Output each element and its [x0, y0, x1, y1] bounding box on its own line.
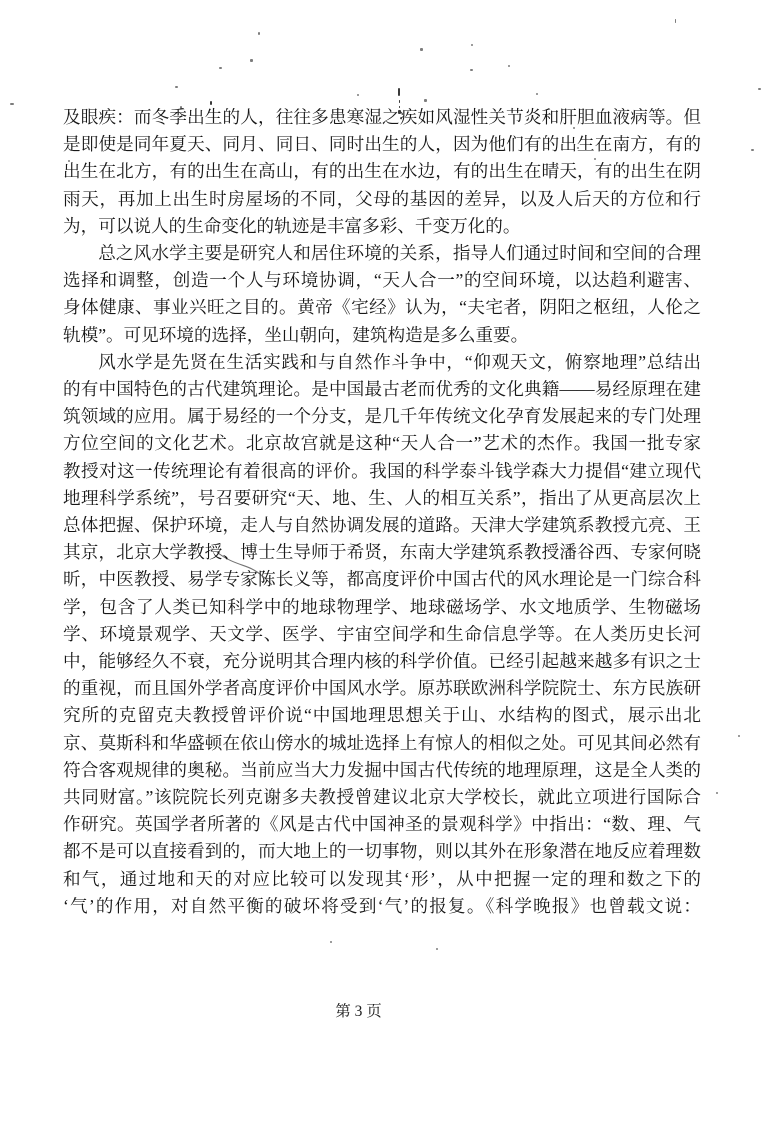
noise-speck	[738, 735, 740, 737]
page-body-text: 及眼疾：而冬季出生的人，往往多患寒湿之疾如风湿性关节炎和肝胆血液病等。但 是即使…	[63, 104, 701, 920]
paragraph-birth-seasons: 及眼疾：而冬季出生的人，往往多患寒湿之疾如风湿性关节炎和肝胆血液病等。但 是即使…	[63, 104, 701, 240]
text-line: 的重视，而且国外学者高度评价中国风水学。原苏联欧洲科学院院士、东方民族研	[63, 675, 701, 702]
noise-speck	[470, 69, 473, 71]
noise-speck	[471, 44, 473, 46]
text-line: 筑领域的应用。属于易经的一个分支，是几千年传统文化孕育发展起来的专门处理	[63, 403, 701, 430]
noise-speck	[420, 48, 423, 51]
noise-speck	[10, 103, 14, 105]
text-line: 的有中国特色的古代建筑理论。是中国最古老而优秀的文化典籍——易经原理在建	[63, 376, 701, 403]
paragraph-fengshui-theory-evaluation: 风水学是先贤在生活实践和与自然作斗争中，“仰观天文，俯察地理”总结出 的有中国特…	[63, 349, 701, 920]
text-line: 京、莫斯科和华盛顿在依山傍水的城址选择上有惊人的相似之处。可见其间必然有	[63, 730, 701, 757]
text-line: 身体健康、事业兴旺之目的。黄帝《宅经》认为，“夫宅者，阴阳之枢纽，人伦之	[63, 294, 701, 321]
noise-speck	[751, 149, 754, 151]
text-line: 共同财富。”该院院长列克谢多夫教授曾建议北京大学校长，就此立项进行国际合	[63, 784, 701, 811]
text-line: 中，能够经久不衰，充分说明其合理内核的科学价值。已经引起越来越多有识之士	[63, 648, 701, 675]
text-line: 出生在北方，有的出生在高山，有的出生在水边，有的出生在晴天，有的出生在阴	[63, 158, 701, 185]
paragraph-fengshui-summary: 总之风水学主要是研究人和居住环境的关系，指导人们通过时间和空间的合理 选择和调整…	[63, 240, 701, 349]
text-line: 雨天，再加上出生时房屋场的不同，父母的基因的差异，以及人后天的方位和行	[63, 186, 701, 213]
text-line: 教授对这一传统理论有着很高的评价。我国的科学泰斗钱学森大力提倡“建立现代	[63, 458, 701, 485]
noise-speck	[398, 88, 400, 96]
text-line: 及眼疾：而冬季出生的人，往往多患寒湿之疾如风湿性关节炎和肝胆血液病等。但	[63, 104, 701, 131]
noise-speck	[436, 948, 438, 950]
noise-speck	[758, 88, 761, 90]
text-line: 风水学是先贤在生活实践和与自然作斗争中，“仰观天文，俯察地理”总结出	[63, 349, 701, 376]
page-footer: 第 3 页	[0, 999, 741, 1021]
text-line: 昕，中医教授、易学专家陈长义等，都高度评价中国古代的风水理论是一门综合科	[63, 566, 701, 593]
noise-speck	[258, 32, 260, 35]
text-line: ‘气’的作用，对自然平衡的破坏将受到‘气’的报复。《科学晚报》也曾载文说：	[63, 893, 701, 920]
noise-speck	[219, 67, 222, 69]
text-line: 和气，通过地和天的对应比较可以发现其‘形’，从中把握一定的理和数之下的	[63, 866, 701, 893]
noise-speck	[675, 19, 676, 23]
noise-speck	[424, 99, 427, 102]
noise-speck	[716, 792, 718, 794]
text-line: 究所的克留克夫教授曾评价说“中国地理思想关于山、水结构的图式，展示出北	[63, 702, 701, 729]
text-line: 学、环境景观学、天文学、医学、宇宙空间学和生命信息学等。在人类历史长河	[63, 621, 701, 648]
noise-speck	[536, 93, 538, 95]
text-line: 作研究。英国学者所著的《风是古代中国神圣的景观科学》中指出：“数、理、气	[63, 811, 701, 838]
noise-speck	[357, 94, 359, 96]
text-line: 学，包含了人类已知科学中的地球物理学、地球磁场学、水文地质学、生物磁场	[63, 594, 701, 621]
text-line: 总体把握、保护环境，走人与自然协调发展的道路。天津大学建筑系教授亢亮、王	[63, 512, 701, 539]
text-line: 地理科学系统”，号召要研究“天、地、生、人的相互关系”，指出了从更高层次上	[63, 485, 701, 512]
noise-speck	[250, 59, 253, 62]
text-line: 轨模”。可见环境的选择，坐山朝向，建筑构造是多么重要。	[63, 322, 701, 349]
page-number: 第 3 页	[335, 1003, 382, 1020]
noise-speck	[399, 100, 400, 103]
text-line: 方位空间的文化艺术。北京故宫就是这种“天人合一”艺术的杰作。我国一批专家	[63, 430, 701, 457]
text-line: 为，可以说人的生命变化的轨迹是丰富多彩、千变万化的。	[63, 213, 701, 240]
text-line: 选择和调整，创造一个人与环境协调，“天人合一”的空间环境，以达趋利避害、	[63, 267, 701, 294]
text-line: 符合客观规律的奥秘。当前应当大力发掘中国古代传统的地理原理，这是全人类的	[63, 757, 701, 784]
text-line: 其京，北京大学教授、博士生导师于希贤，东南大学建筑系教授潘谷西、专家何晓	[63, 539, 701, 566]
text-line: 都不是可以直接看到的，而大地上的一切事物，则以其外在形象潜在地反应着理数	[63, 838, 701, 865]
text-line: 是即使是同年夏天、同月、同日、同时出生的人，因为他们有的出生在南方，有的	[63, 131, 701, 158]
text-line: 总之风水学主要是研究人和居住环境的关系，指导人们通过时间和空间的合理	[63, 240, 701, 267]
scanned-document-page: 及眼疾：而冬季出生的人，往往多患寒湿之疾如风湿性关节炎和肝胆血液病等。但 是即使…	[0, 0, 765, 1122]
noise-speck	[175, 86, 178, 88]
noise-speck	[330, 941, 332, 943]
noise-speck	[508, 65, 510, 67]
